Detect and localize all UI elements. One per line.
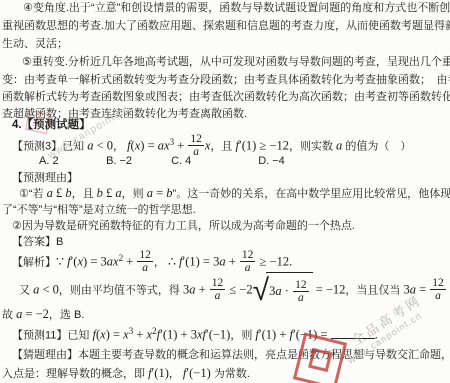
reason-heading: 【预测理由】: [12, 170, 78, 186]
am-gm-inequality-line: 又 a < 0，则由平均值不等式，得 3a + 12a ≤ −2√3a · 12…: [19, 272, 450, 309]
option-d: D. −4: [258, 155, 285, 167]
intro-line-6: 函数解析式转为考查函数图象或图表；由考查低次函数转化为高次函数；由考查初等函数转…: [2, 89, 450, 106]
guess-reason-line-1: 【猜题理由】本题主要考查导数的概念和运算法则，亮点是函数方程思想与导数交汇命题，…: [12, 347, 450, 363]
intro-line-1: ④变角度.出于“立意”和创设情景的需要，函数与导数试题设置问题的角度和方式也不断…: [23, 0, 450, 17]
intro-line-2: 重视函数思想的考查.加大了函数应用题、探索题和信息题的考查力度，从而使函数考题显…: [2, 18, 450, 35]
document-page: { "page": {"background": "#fcfcfb", "tex…: [0, 0, 450, 383]
option-b: B. −2: [106, 153, 168, 169]
problem-pred11: 【预测11】已知 f(x) = x3 + x2f′(1) + 3xf′(−1)，…: [12, 318, 378, 349]
reason-line-1: ①“若 a £ b，且 b £ a，则 a = b”。这一奇妙的关系，在高中数学…: [19, 185, 450, 202]
options-row: A. 2 B. −2 C. 4 D. −4: [39, 153, 285, 169]
reason-line-3: ②因为导数是研究函数特征的有力工具，所以成为高考命题的一个热点.: [12, 218, 355, 234]
reason-line-2: 了“不等”与“相等”是对立统一的哲学思想.: [2, 202, 196, 218]
option-c: C. 4: [171, 153, 255, 169]
intro-line-3: 生动、灵活；: [2, 36, 68, 53]
intro-line-4: ⑤重转变.分析近几年各地高考试题，从中可发现对函数与导数问题的考查，呈现出几个重…: [22, 54, 450, 71]
intro-line-5: 变：由考查单一解析式函数转变为考查分段函数；由考查具体函数转化为考查抽象函数； …: [2, 72, 450, 89]
guess-reason-line-2: 入点是：理解导数的概念，即 f′(1)， f′(−1) 为常数.: [2, 365, 250, 382]
option-a: A. 2: [39, 153, 103, 169]
